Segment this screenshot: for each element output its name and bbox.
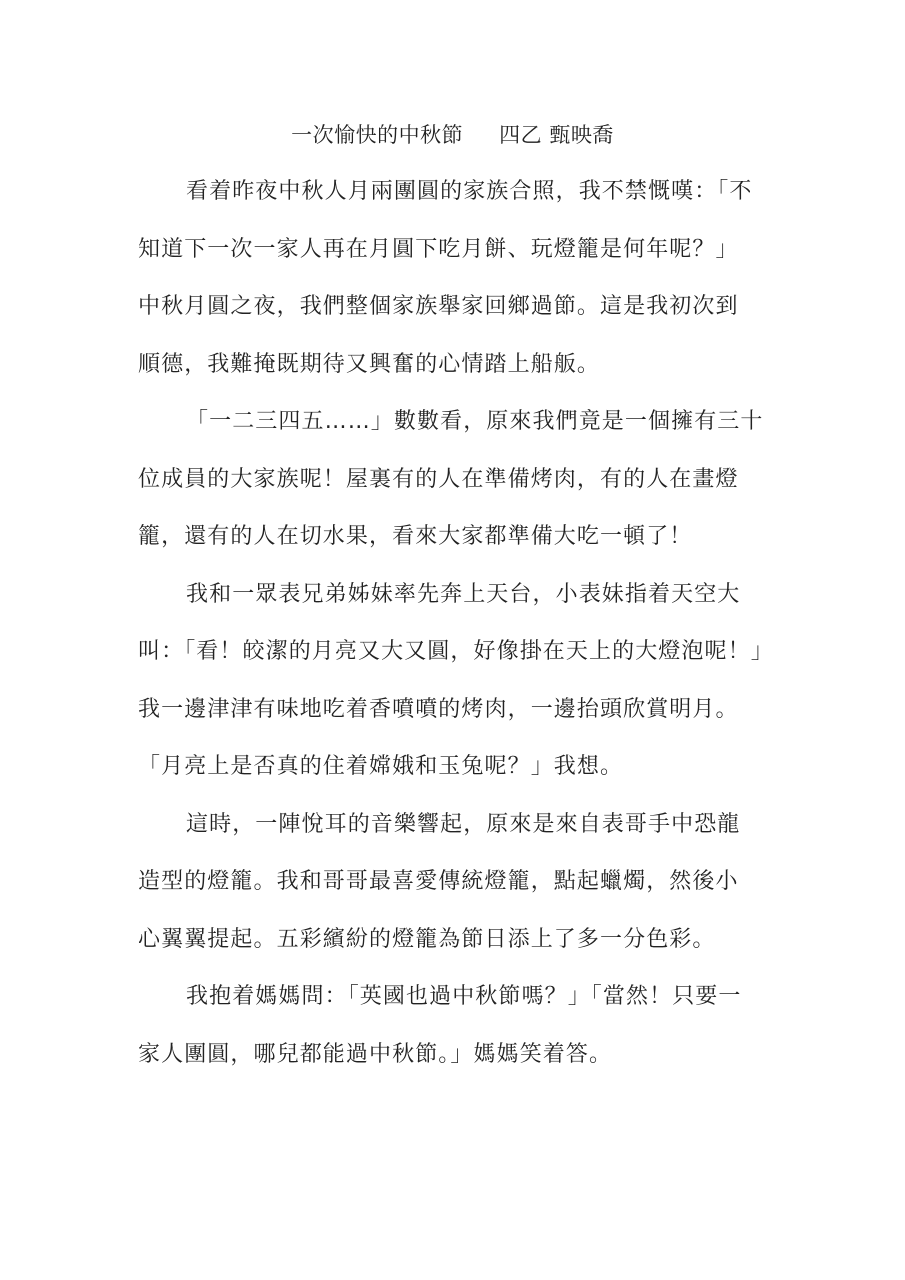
text-line: 籠，還有的人在切水果，看來大家都準備大吃一頓了！ xyxy=(138,517,778,575)
text-line: 我抱着媽媽問：「英國也過中秋節嗎？」「當然！只要一 xyxy=(138,977,778,1035)
text-line: 位成員的大家族呢！屋裏有的人在準備烤肉，有的人在畫燈 xyxy=(138,460,778,518)
text-line: 知道下一次一家人再在月圓下吃月餅、玩燈籠是何年呢？」 xyxy=(138,230,778,288)
text-line: 「一二三四五……」數數看，原來我們竟是一個擁有三十 xyxy=(138,402,778,460)
document-page: 一次愉快的中秋節四乙 甄映喬 看着昨夜中秋人月兩團圓的家族合照，我不禁慨嘆：「不… xyxy=(0,0,905,1280)
essay-title-line: 一次愉快的中秋節四乙 甄映喬 xyxy=(0,120,905,150)
text-line: 造型的燈籠。我和哥哥最喜愛傳統燈籠，點起蠟燭，然後小 xyxy=(138,862,778,920)
text-line: 心翼翼提起。五彩繽紛的燈籠為節日添上了多一分色彩。 xyxy=(138,920,778,978)
text-line: 中秋月圓之夜，我們整個家族舉家回鄉過節。這是我初次到 xyxy=(138,287,778,345)
text-line: 家人團圓，哪兒都能過中秋節。」媽媽笑着答。 xyxy=(138,1035,778,1093)
text-line: 看着昨夜中秋人月兩團圓的家族合照，我不禁慨嘆：「不 xyxy=(138,172,778,230)
essay-title: 一次愉快的中秋節 xyxy=(291,123,463,147)
text-line: 順德，我難掩既期待又興奮的心情踏上船舨。 xyxy=(138,345,778,403)
text-line: 我和一眾表兄弟姊妹率先奔上天台，小表妹指着天空大 xyxy=(138,575,778,633)
text-line: 叫：「看！皎潔的月亮又大又圓，好像掛在天上的大燈泡呢！」 xyxy=(138,632,778,690)
essay-body: 看着昨夜中秋人月兩團圓的家族合照，我不禁慨嘆：「不 知道下一次一家人再在月圓下吃… xyxy=(138,172,778,1092)
text-line: 這時，一陣悅耳的音樂響起，原來是來自表哥手中恐龍 xyxy=(138,805,778,863)
author-name: 甄映喬 xyxy=(549,123,614,147)
author-class: 四乙 xyxy=(499,123,542,147)
text-line: 「月亮上是否真的住着嫦娥和玉兔呢？」我想。 xyxy=(138,747,778,805)
text-line: 我一邊津津有味地吃着香噴噴的烤肉，一邊抬頭欣賞明月。 xyxy=(138,690,778,748)
